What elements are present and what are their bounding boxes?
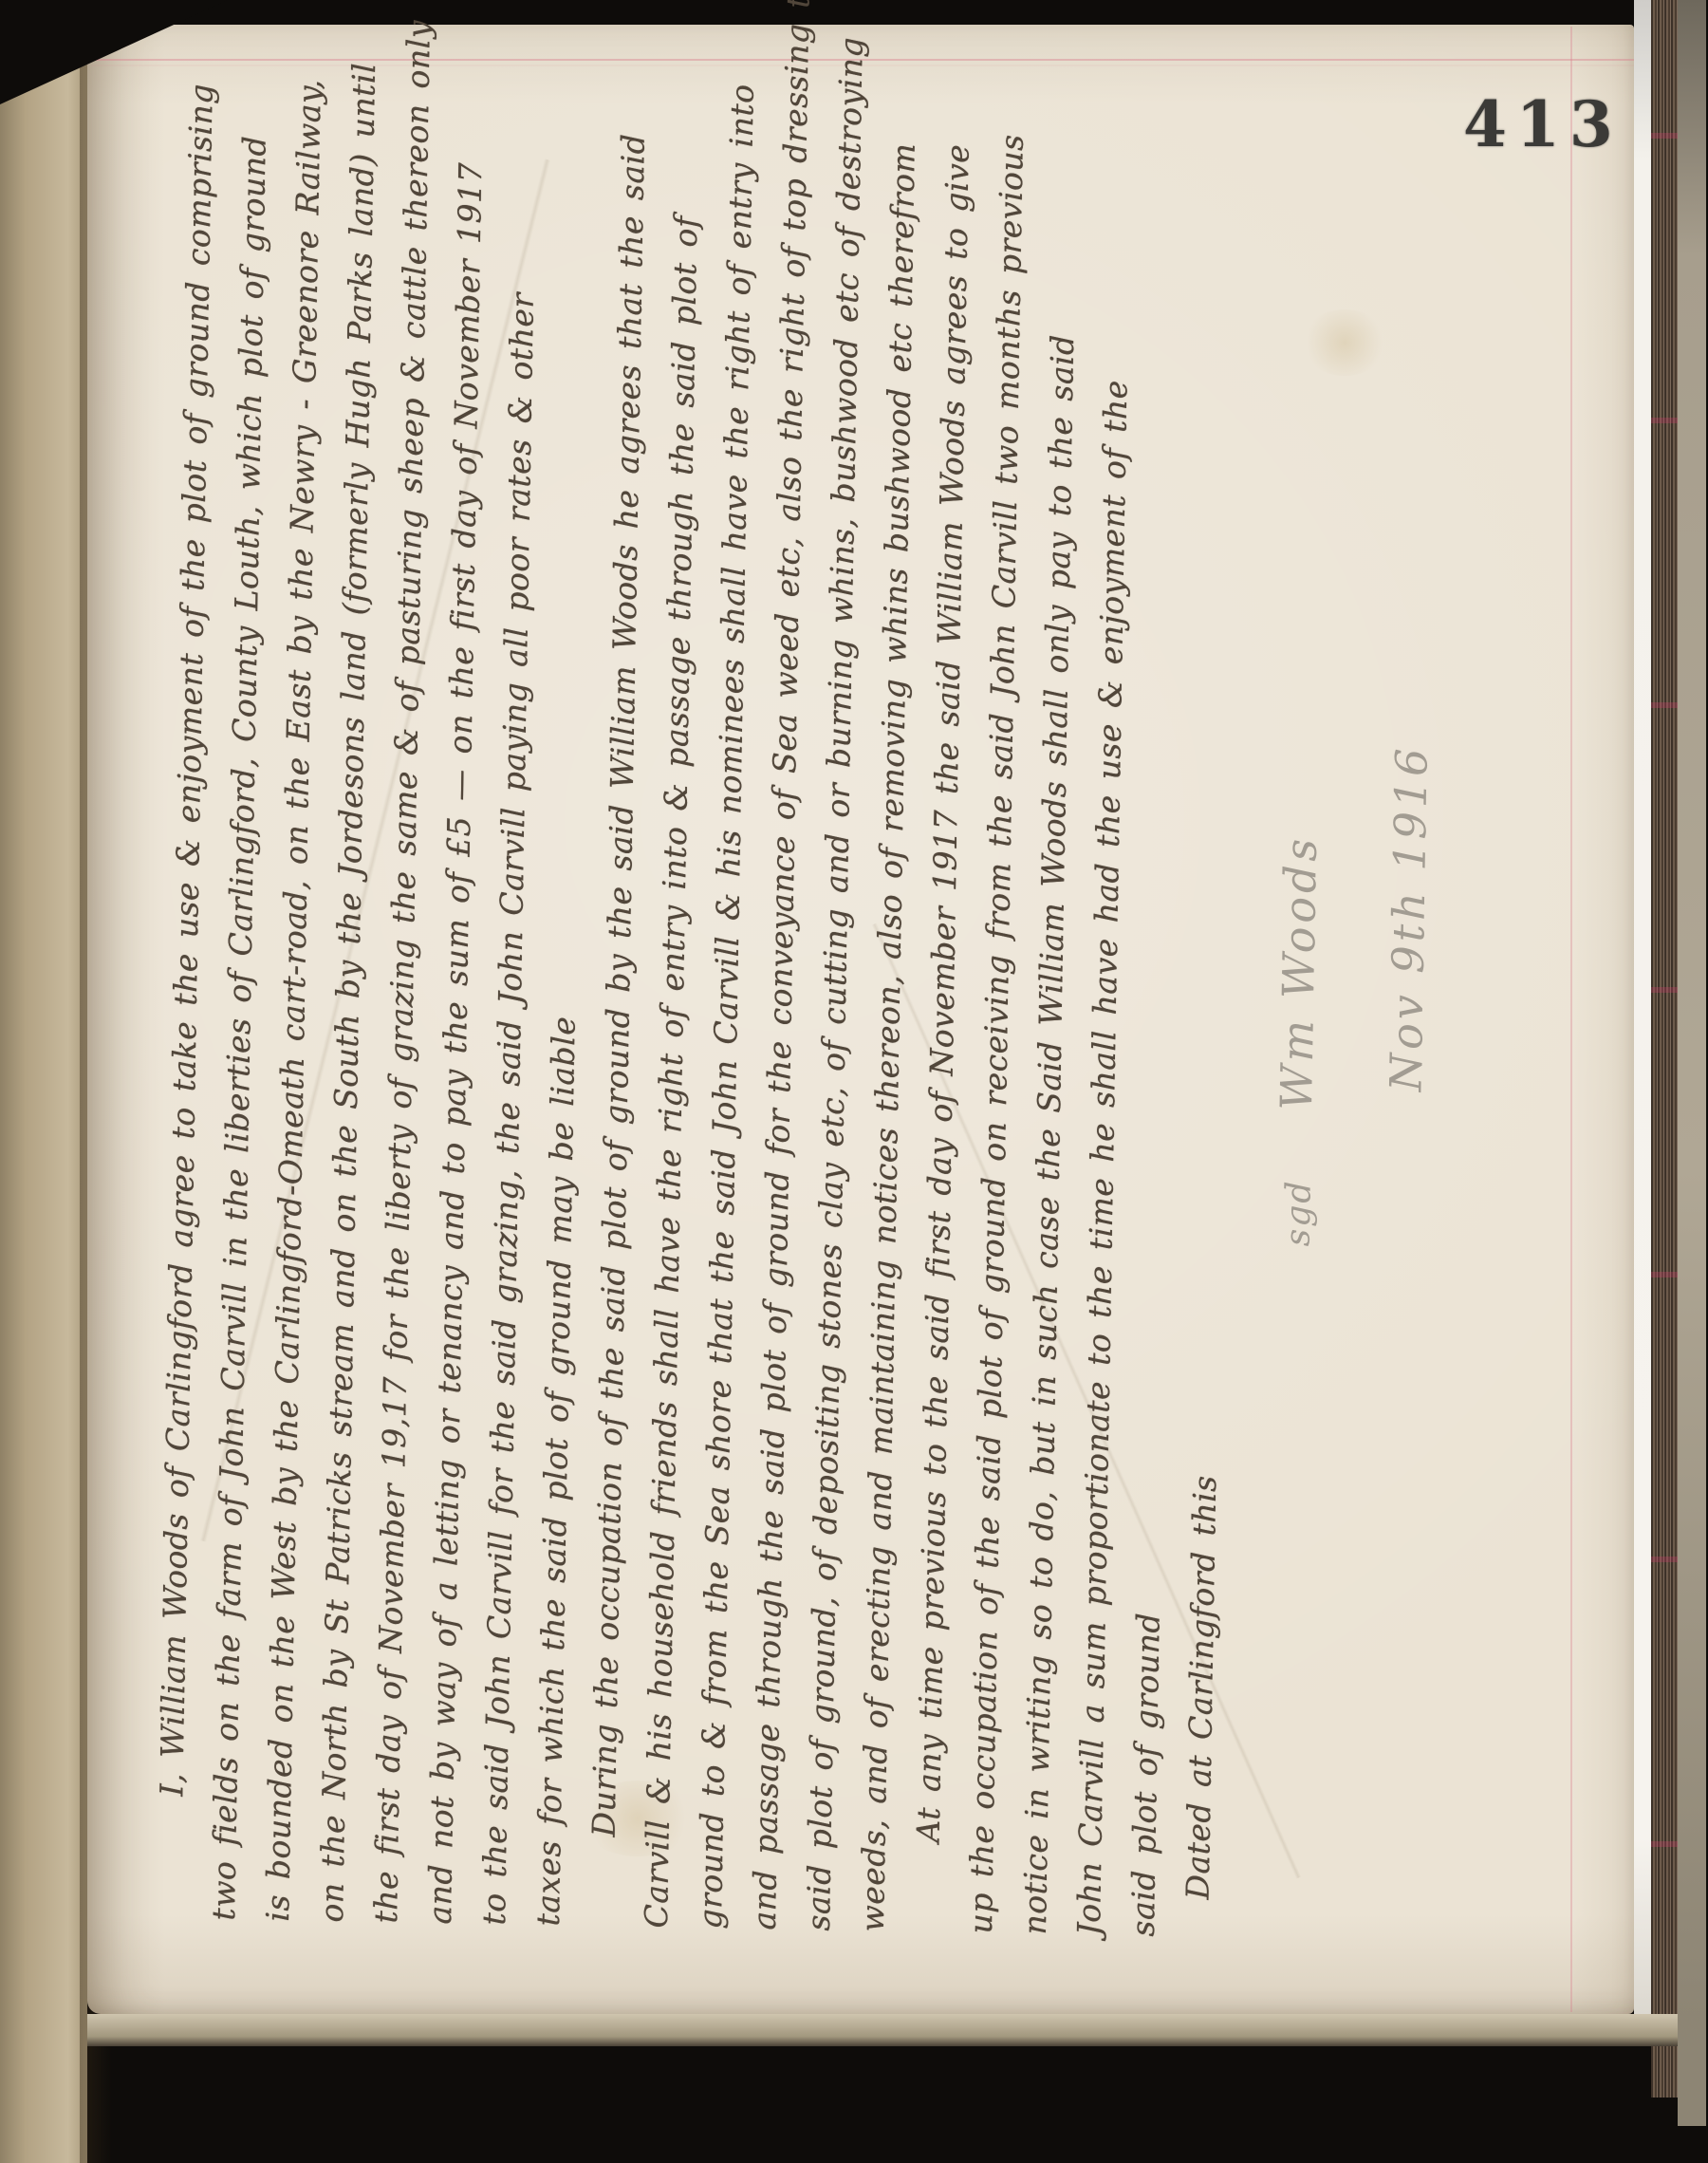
manuscript-lines: I, William Woods of Carlingford agree to… — [142, 59, 1256, 1938]
page-fore-edge-highlight — [1634, 0, 1651, 2042]
signature-row: sgd Wm Woods — [1249, 79, 1352, 1940]
book-spine-edge — [0, 0, 87, 2163]
signature-block: sgd Wm Woods Nov 9th 1916 — [1249, 79, 1457, 1942]
manuscript-text-block: I, William Woods of Carlingford agree to… — [142, 59, 1617, 1944]
bottom-page-edge — [87, 2014, 1678, 2046]
signature-sgd-label: sgd — [1279, 1179, 1319, 1246]
page-stack-red-specks — [1651, 0, 1678, 2098]
signature-name: Wm Woods — [1271, 834, 1327, 1110]
underlying-page-edge — [1678, 0, 1706, 2126]
book-scan: 413 I, William Woods of Carlingford agre… — [0, 0, 1708, 2163]
signature-date: Nov 9th 1916 — [1358, 81, 1457, 1942]
